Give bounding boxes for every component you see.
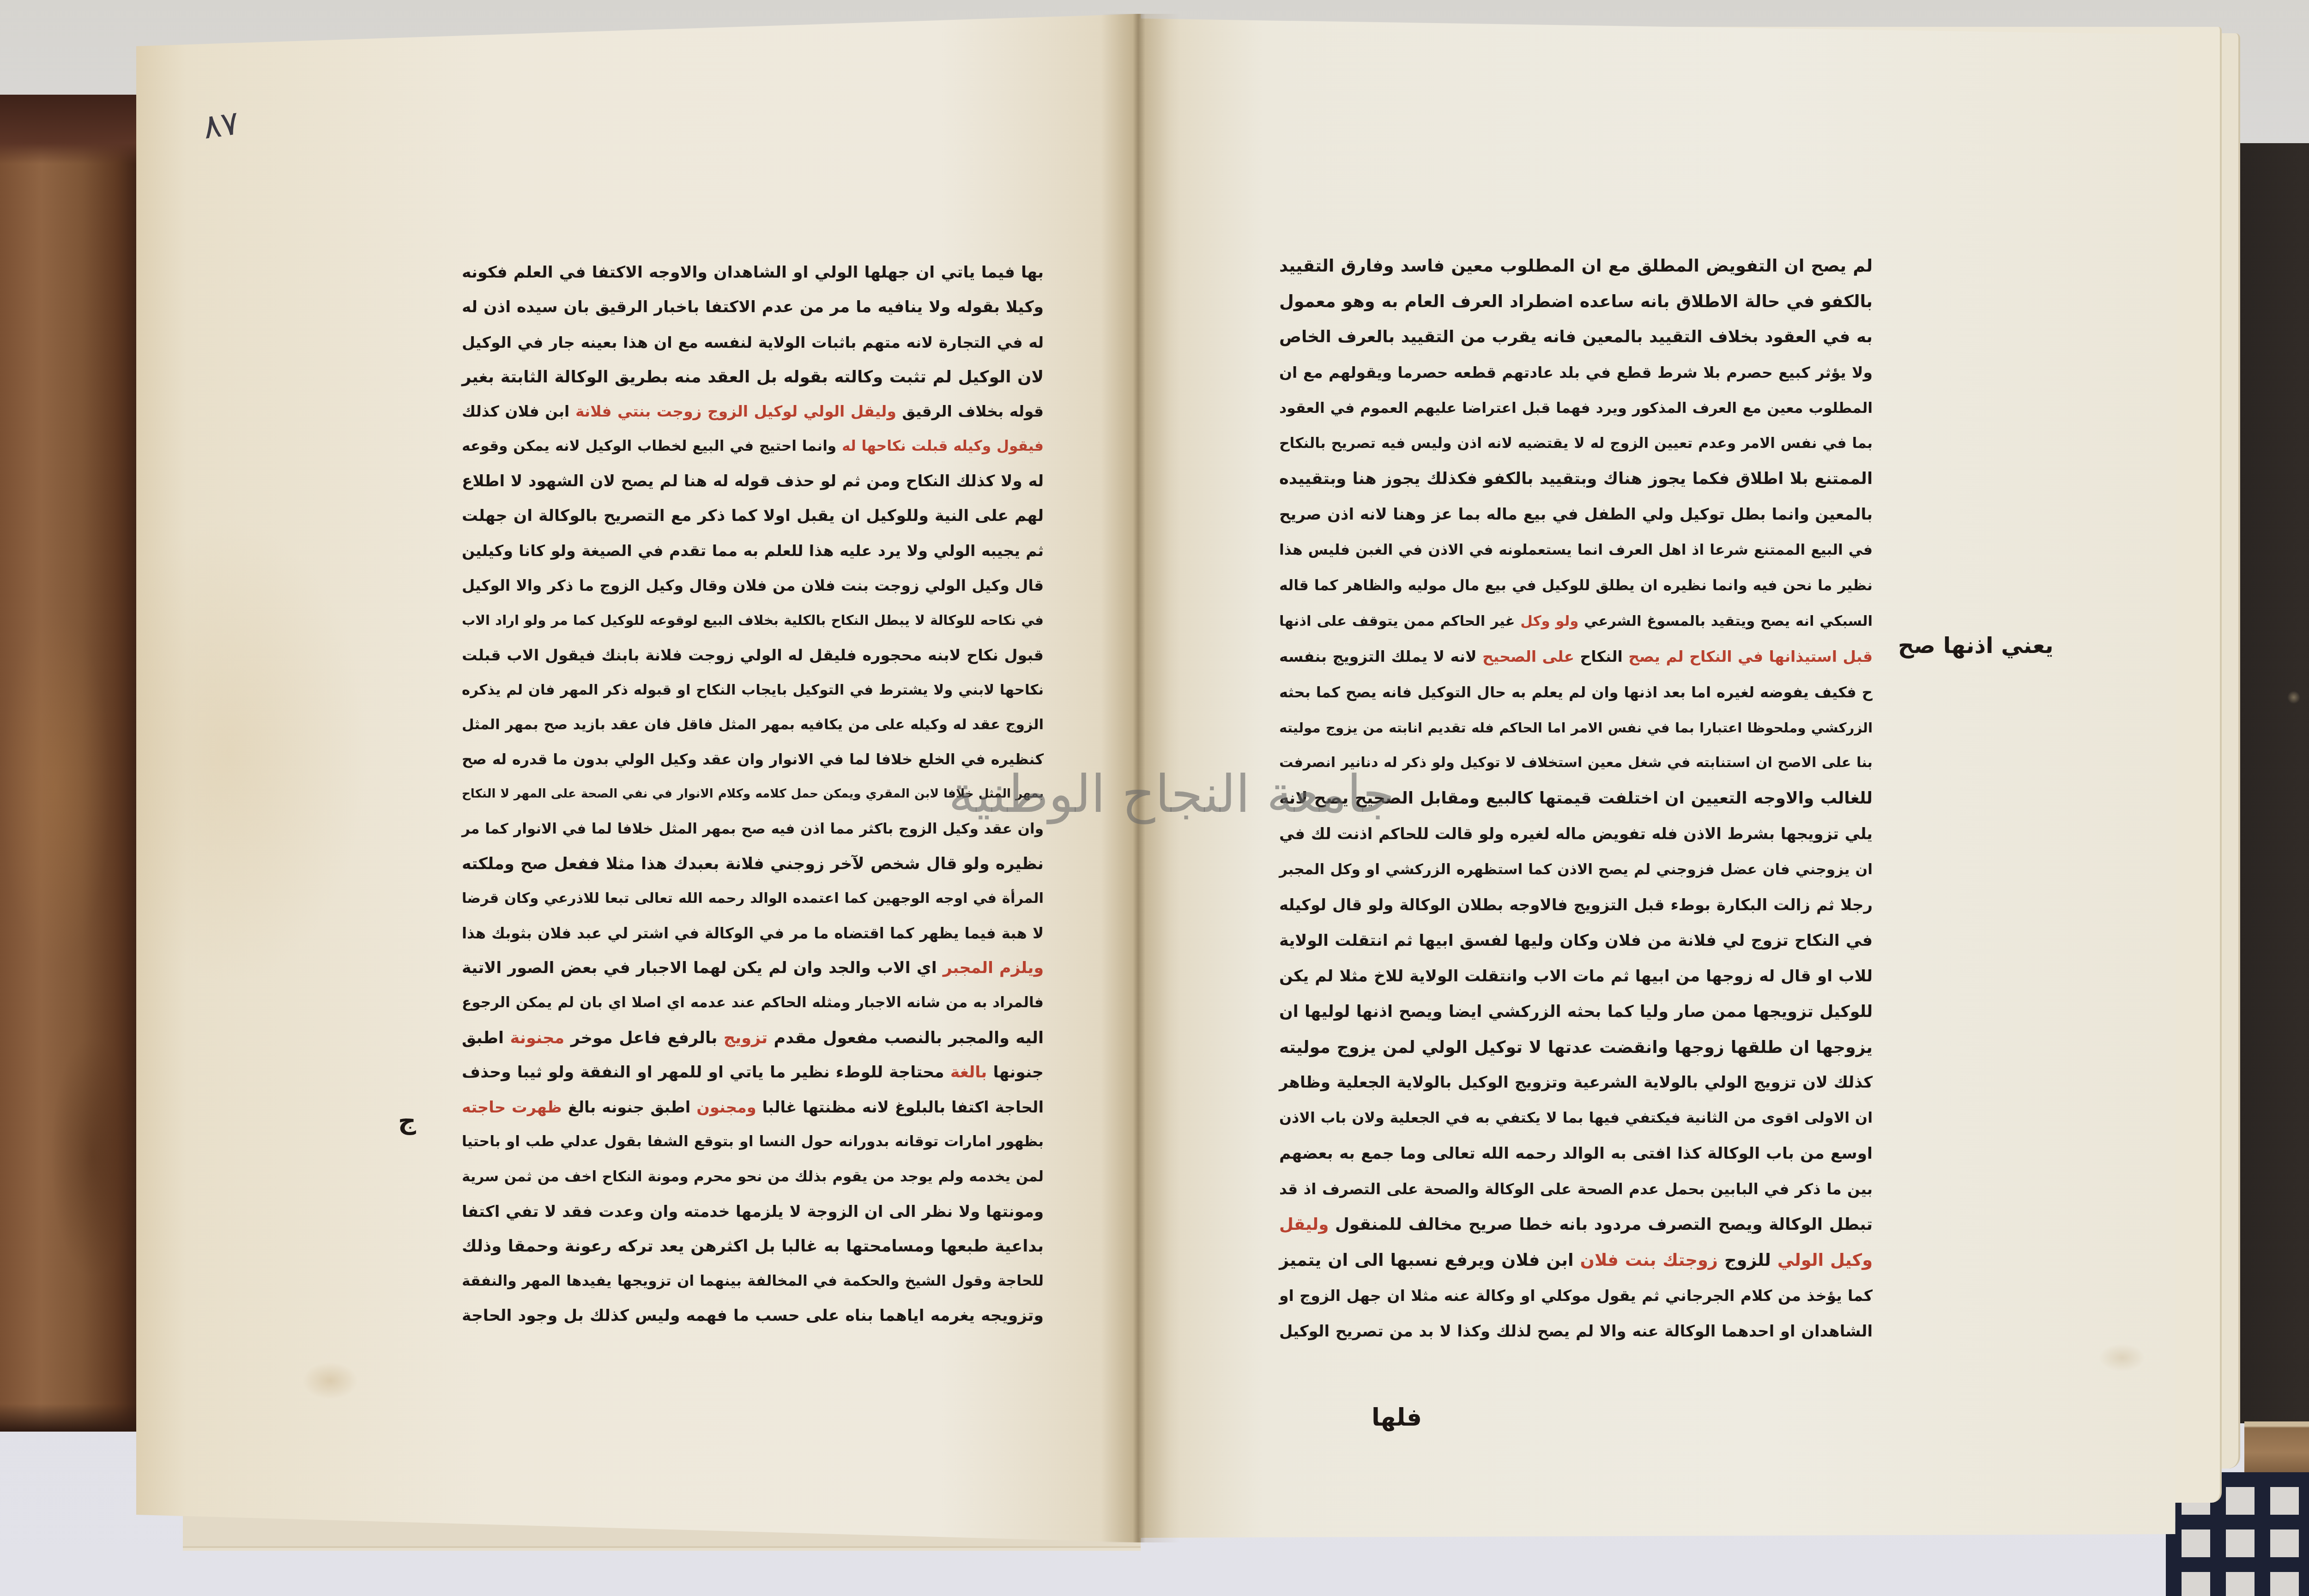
body-text: للحاجة وقول الشيخ والحكمة في المخالفة بي… (462, 1273, 1044, 1289)
manuscript-line: كما يؤخذ من كلام الجرجاني ثم يقول موكلي … (1279, 1278, 1873, 1314)
manuscript-line: بها فيما ياتي ان جهلها الولي او الشاهدان… (462, 255, 1044, 290)
body-text: ح فكيف يفوضه لغيره اما بعد اذنها وان لم … (1279, 683, 1873, 701)
manuscript-line: رجلا ثم زالت البكارة بوطء قبل التزويج فا… (1279, 888, 1873, 923)
body-text: له في التجارة لانه متهم باثبات الولاية ل… (462, 333, 1044, 351)
body-text: بالكفو في حالة الاطلاق بانه ساعده اضطراد… (1279, 291, 1873, 311)
manuscript-line: المرأة في اوجه الوجهين كما اعتمده الوالد… (462, 881, 1044, 916)
margin-sign: ج (398, 1106, 416, 1135)
manuscript-line: ان يزوجني فان عضل فزوجني لم يصح الاذن كم… (1279, 852, 1873, 888)
manuscript-line: ويلزم المجبر اي الاب والجد وان لم يكن له… (462, 951, 1044, 985)
manuscript-line: السبكي انه يصح ويتقيد بالمسوغ الشرعي ولو… (1279, 604, 1873, 639)
rubric-text: فيقول وكيله قبلت نكاحها له (842, 438, 1044, 454)
manuscript-line: قبل استيذانها في النكاح لم يصح النكاح عل… (1279, 639, 1873, 675)
body-text: اليه والمجبر بالنصب مفعول مقدم (774, 1028, 1044, 1047)
manuscript-line: لم يصح ان التفويض المطلق مع ان المطلوب م… (1279, 248, 1873, 284)
rubric-text: ظهرت حاجته (462, 1098, 562, 1116)
rubric-text: زوجتك بنت فلان (1580, 1250, 1718, 1270)
manuscript-line: الحاجة اكتفا بالبلوغ لانه مظنتها غالبا و… (462, 1090, 1044, 1124)
manuscript-line: وتزويجه يغرمه اياهما بناه على حسب ما فهم… (462, 1299, 1044, 1333)
manuscript-line: ثم يجيبه الولي ولا يرد عليه هذا للعلم به… (462, 533, 1044, 568)
body-text: قبول نكاح لابنه محجوره فليقل له الولي زو… (462, 646, 1044, 664)
body-text: وتزويجه يغرمه اياهما بناه على حسب ما فهم… (462, 1306, 1044, 1325)
rubric-text: ويلزم المجبر (943, 959, 1044, 977)
rubric-text: بالغة (950, 1063, 987, 1082)
manuscript-line: بظهور امارات توقانه بدورانه حول النسا او… (462, 1124, 1044, 1159)
manuscript-line: به في العقود بخلاف التقييد بالمعين فانه … (1279, 320, 1873, 355)
manuscript-line: للوكيل تزويجها ممن صار وليا كما بحثه الز… (1279, 994, 1873, 1030)
manuscript-line: فيقول وكيله قبلت نكاحها له وانما احتيج ف… (462, 429, 1044, 464)
manuscript-line: نكاحها لابني ولا يشترط في التوكيل بايجاب… (462, 673, 1044, 707)
manuscript-line: في البيع الممتنع شرعا اذ اهل العرف انما … (1279, 532, 1873, 568)
body-text: في نكاحه للوكالة لا يبطل النكاح بالكلية … (462, 612, 1044, 628)
left-cover-top-edge (0, 95, 138, 164)
body-text: بظهور امارات توقانه بدورانه حول النسا او… (462, 1133, 1044, 1150)
rubric-text: تزويج (724, 1028, 768, 1047)
body-text: لم يصح ان التفويض المطلق مع ان المطلوب م… (1279, 256, 1873, 276)
body-text: ابن فلان ويرفع نسبها الى ان يتميز (1279, 1250, 1574, 1270)
body-text: لمن يخدمه ولم يوجد من يقوم بذلك من نحو م… (462, 1168, 1044, 1185)
body-text: كذلك لان تزويج الولي بالولاية الشرعية وت… (1279, 1073, 1873, 1092)
body-text: قوله بخلاف الرقيق (902, 403, 1044, 420)
body-text: وكيلا بقوله ولا ينافيه ما مر من عدم الاك… (462, 298, 1044, 316)
manuscript-line: له في التجارة لانه متهم باثبات الولاية ل… (462, 325, 1044, 360)
body-text: للزوج (1724, 1250, 1771, 1270)
left-leather-cover (0, 95, 138, 1432)
body-text: المرأة في اوجه الوجهين كما اعتمده الوالد… (462, 890, 1044, 907)
manuscript-line: لا هبة فيما يظهر كما اقتضاه ما مر في الو… (462, 916, 1044, 951)
manuscript-line: وكيلا بقوله ولا ينافيه ما مر من عدم الاك… (462, 290, 1044, 325)
manuscript-line: بالمعين وانما بطل توكيل ولي الطفل في بيع… (1279, 497, 1873, 532)
body-text: اوسع من باب الوكالة كذا افتى به الوالد ر… (1279, 1144, 1873, 1163)
manuscript-line: الممتنع بلا اطلاق فكما يجوز هناك وبتقييد… (1279, 461, 1873, 497)
body-text: بداعية طبعها ومسامحتها به غالبا بل اكثره… (462, 1237, 1044, 1256)
manuscript-line: لمن يخدمه ولم يوجد من يقوم بذلك من نحو م… (462, 1160, 1044, 1194)
manuscript-line: بداعية طبعها ومسامحتها به غالبا بل اكثره… (462, 1229, 1044, 1263)
manuscript-line: المطلوب معين مع العرف المذكور ويرد فهما … (1279, 391, 1873, 426)
manuscript-line: اوسع من باب الوكالة كذا افتى به الوالد ر… (1279, 1136, 1873, 1172)
manuscript-line: كذلك لان تزويج الولي بالولاية الشرعية وت… (1279, 1065, 1873, 1100)
body-text: قال وكيل الولي زوجت بنت فلان من فلان وقا… (462, 577, 1044, 594)
manuscript-line: بين ما ذكر في البابين بحمل عدم الصحة على… (1279, 1172, 1873, 1207)
body-text: نكاحها لابني ولا يشترط في التوكيل بايجاب… (462, 682, 1044, 698)
body-text: لان الوكيل لم تثبت وكالته بقوله بل العقد… (462, 368, 1044, 387)
manuscript-line: بالكفو في حالة الاطلاق بانه ساعده اضطراد… (1279, 284, 1873, 320)
rubric-text: مجنونة (510, 1028, 565, 1047)
body-text: لا هبة فيما يظهر كما اقتضاه ما مر في الو… (462, 925, 1044, 942)
manuscript-line: فالمراد به من شانه الاجبار ومثله الحاكم … (462, 985, 1044, 1020)
manuscript-line: الزركشي وملحوظا اعتبارا بما في نفس الامر… (1279, 710, 1873, 746)
body-text: تبطل الوكالة ويصح التصرف مردود بانه خطا … (1335, 1215, 1873, 1234)
body-text: اطبق (462, 1028, 504, 1047)
body-text: للاب او قال له زوجها من ابيها ثم مات الا… (1279, 967, 1873, 985)
body-text: وانما احتيج في البيع لخطاب الوكيل لانه ي… (462, 438, 836, 454)
body-text: غير الحاكم ممن يتوقف على اذنها (1279, 613, 1515, 629)
manuscript-line: نظير ما نحن فيه وانما نظيره ان يطلق للوك… (1279, 568, 1873, 604)
right-cover-leather-strip (2244, 1421, 2309, 1473)
manuscript-line: ولا يؤثر كبيع حصرم بلا شرط قطع في بلد عا… (1279, 355, 1873, 391)
body-text: بالرفع فاعل موخر (571, 1028, 718, 1047)
body-text: محتاجة للوطء نظير ما ياتي او للمهر او ال… (462, 1063, 944, 1082)
manuscript-line: قوله بخلاف الرقيق وليقل الولي لوكيل الزو… (462, 394, 1044, 429)
rubric-text: وليقل الولي لوكيل الزوج زوجت بنتي فلانة (575, 403, 896, 420)
manuscript-line: يزوجها ان طلقها زوجها وانقضت عدتها لا تو… (1279, 1030, 1873, 1065)
margin-note: يعني اذنها صح (1898, 633, 2054, 659)
body-text: الشاهدان او احدهما الوكالة عنه والا لم ي… (1279, 1322, 1873, 1340)
rubric-text: وليقل (1279, 1215, 1329, 1234)
body-text: بالمعين وانما بطل توكيل ولي الطفل في بيع… (1279, 505, 1873, 524)
folio-number: ٨٧ (201, 103, 242, 146)
body-text: بين ما ذكر في البابين بحمل عدم الصحة على… (1279, 1180, 1873, 1198)
rubric-text: ومجنون (696, 1098, 756, 1116)
body-text: الممتنع بلا اطلاق فكما يجوز هناك وبتقييد… (1279, 469, 1873, 488)
manuscript-line: قال وكيل الولي زوجت بنت فلان من فلان وقا… (462, 568, 1044, 603)
body-text: رجلا ثم زالت البكارة بوطء قبل التزويج فا… (1279, 896, 1873, 914)
body-text: بما في نفس الامر وعدم تعيين الزوج له لا … (1279, 435, 1873, 452)
manuscript-line: في نكاحه للوكالة لا يبطل النكاح بالكلية … (462, 603, 1044, 638)
body-text: لهم على النية وللوكيل ان يقبل اولا كما ذ… (462, 507, 1044, 525)
body-text: فالمراد به من شانه الاجبار ومثله الحاكم … (462, 994, 1044, 1011)
body-text: ثم يجيبه الولي ولا يرد عليه هذا للعلم به… (462, 542, 1044, 560)
body-text: في البيع الممتنع شرعا اذ اهل العرف انما … (1279, 542, 1873, 558)
body-text: به في العقود بخلاف التقييد بالمعين فانه … (1279, 327, 1873, 346)
body-text: الحاجة اكتفا بالبلوغ لانه مظنتها غالبا (762, 1098, 1044, 1116)
body-text: كما يؤخذ من كلام الجرجاني ثم يقول موكلي … (1279, 1287, 1873, 1305)
manuscript-photo: ٨٧ بها فيما ياتي ان جهلها الولي او الشاه… (0, 0, 2309, 1596)
rubric-text: وكيل الولي (1777, 1250, 1873, 1270)
body-text: ومونتها ولا نظر الى ان الزوجة لا يلزمها … (462, 1203, 1044, 1221)
body-text: ابن فلان كذلك (462, 403, 569, 420)
body-text: المطلوب معين مع العرف المذكور ويرد فهما … (1279, 400, 1873, 417)
body-text: يزوجها ان طلقها زوجها وانقضت عدتها لا تو… (1279, 1037, 1873, 1057)
manuscript-line: في النكاح تزوج لي فلانة من فلان وكان ولي… (1279, 923, 1873, 959)
body-text: النكاح (1580, 647, 1622, 665)
manuscript-line: نظيره ولو قال شخص لآخر زوجني فلانة بعبدك… (462, 846, 1044, 881)
manuscript-line: وكيل الولي للزوج زوجتك بنت فلان ابن فلان… (1279, 1243, 1873, 1278)
manuscript-line: اليه والمجبر بالنصب مفعول مقدم تزويج بال… (462, 1021, 1044, 1055)
body-text: نظير ما نحن فيه وانما نظيره ان يطلق للوك… (1279, 577, 1873, 594)
body-text: ولا يؤثر كبيع حصرم بلا شرط قطع في بلد عا… (1279, 363, 1873, 381)
body-text: جنونها (993, 1063, 1044, 1082)
manuscript-line: له ولا كذلك النكاح ومن ثم لو حذف قوله له… (462, 464, 1044, 499)
rubric-text: قبل استيذانها في النكاح لم يصح (1628, 647, 1873, 665)
body-text: السبكي انه يصح ويتقيد بالمسوغ الشرعي (1584, 613, 1873, 629)
body-text: لانه لا يملك التزويج بنفسه (1279, 647, 1476, 665)
library-watermark: جامعة النجاح الوطنية (1034, 757, 1395, 831)
body-text: ان يزوجني فان عضل فزوجني لم يصح الاذن كم… (1279, 861, 1873, 878)
body-text: نظيره ولو قال شخص لآخر زوجني فلانة بعبدك… (462, 854, 1044, 873)
manuscript-line: قبول نكاح لابنه محجوره فليقل له الولي زو… (462, 638, 1044, 672)
body-text: ان الاولى اقوى من الثانية فيكتفي فيها بم… (1279, 1110, 1873, 1126)
body-text: الزوج عقد له وكيله على من يكافيه بمهر ال… (462, 716, 1044, 733)
rubric-text: على الصحيح (1482, 647, 1574, 665)
manuscript-line: ح فكيف يفوضه لغيره اما بعد اذنها وان لم … (1279, 675, 1873, 710)
manuscript-line: الزوج عقد له وكيله على من يكافيه بمهر ال… (462, 707, 1044, 742)
manuscript-line: للاب او قال له زوجها من ابيها ثم مات الا… (1279, 959, 1873, 994)
right-board-cover (2238, 143, 2309, 1423)
left-cover-bottom-edge (0, 1404, 138, 1432)
body-text: الزركشي وملحوظا اعتبارا بما في نفس الامر… (1279, 720, 1873, 736)
manuscript-line: لهم على النية وللوكيل ان يقبل اولا كما ذ… (462, 499, 1044, 533)
body-text: في النكاح تزوج لي فلانة من فلان وكان ولي… (1279, 931, 1873, 950)
body-text: للوكيل تزويجها ممن صار وليا كما بحثه الز… (1279, 1003, 1873, 1021)
body-text: اي الاب والجد وان لم يكن لهما الاجبار في… (462, 959, 937, 977)
manuscript-line: ومونتها ولا نظر الى ان الزوجة لا يلزمها … (462, 1194, 1044, 1229)
manuscript-line: للحاجة وقول الشيخ والحكمة في المخالفة بي… (462, 1264, 1044, 1299)
manuscript-line: بما في نفس الامر وعدم تعيين الزوج له لا … (1279, 426, 1873, 461)
body-text: بها فيما ياتي ان جهلها الولي او الشاهدان… (462, 263, 1044, 282)
rubric-text: ولو وكل (1520, 613, 1578, 629)
body-text: اطبق جنونه بالغ (568, 1098, 691, 1116)
manuscript-line: ان الاولى اقوى من الثانية فيكتفي فيها بم… (1279, 1100, 1873, 1136)
body-text: له ولا كذلك النكاح ومن ثم لو حذف قوله له… (462, 472, 1044, 490)
catchword: فلها (1372, 1404, 1422, 1432)
manuscript-line: جنونها بالغة محتاجة للوطء نظير ما ياتي ا… (462, 1055, 1044, 1090)
manuscript-line: تبطل الوكالة ويصح التصرف مردود بانه خطا … (1279, 1207, 1873, 1243)
manuscript-line: لان الوكيل لم تثبت وكالته بقوله بل العقد… (462, 360, 1044, 394)
manuscript-line: الشاهدان او احدهما الوكالة عنه والا لم ي… (1279, 1314, 1873, 1349)
